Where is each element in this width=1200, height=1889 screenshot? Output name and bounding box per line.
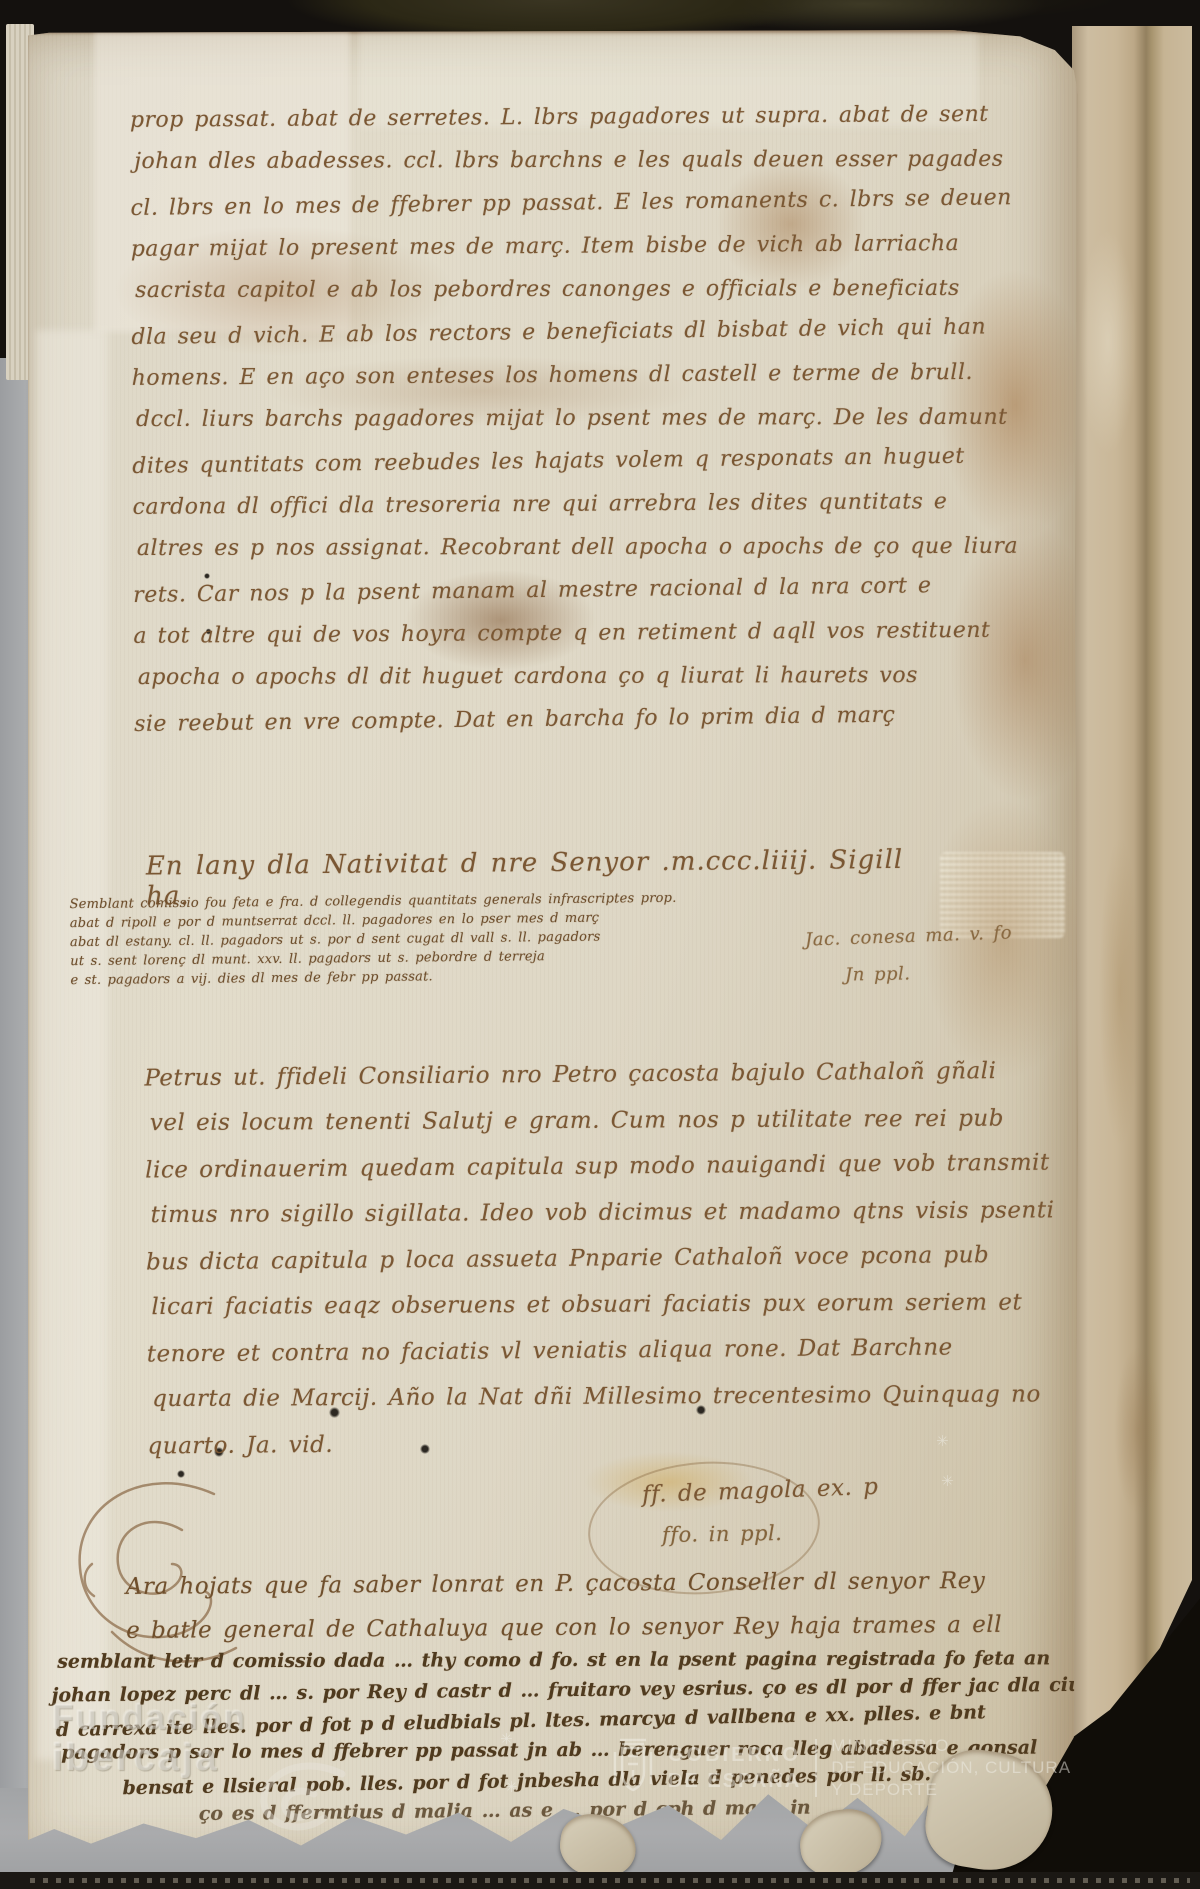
manuscript-text-line: vel eis locum tenenti Salutj e gram. Cum…: [150, 1096, 950, 1146]
fundacion-ibercaja-watermark: Fundación ibercaja: [52, 1700, 247, 1779]
manuscript-text-line: altres es p nos assignat. Recobrant dell…: [137, 525, 947, 570]
manuscript-text-line: Ara hojats que fa saber lonrat en P. çac…: [126, 1559, 966, 1609]
ministerio-wordmark: MINISTERIO DE EDUCACIÓN, CULTURA Y DEPOR…: [831, 1736, 1071, 1800]
manuscript-text-line: dites quntitats com reebudes les hajats …: [132, 435, 942, 488]
photo-edge-dashes: [30, 1878, 1190, 1883]
sparkle-mark: ✳: [941, 1472, 954, 1490]
gobierno-wordmark: GOBIERNO DE ESPAÑA: [668, 1744, 801, 1793]
proclamation-block: Ara hojats que fa saber lonrat en P. çac…: [126, 1559, 967, 1653]
manuscript-text-line: bus dicta capitula p loca assueta Pnpari…: [146, 1233, 946, 1286]
manuscript-text-line: quarto. Ja. vid.: [147, 1417, 947, 1470]
sparkle-mark: ✳: [936, 1432, 949, 1450]
chancery-mark-line: ffo. in ppl.: [662, 1521, 783, 1547]
manuscript-text-line: quarta die Marcij. Año la Nat dñi Milles…: [152, 1372, 952, 1422]
manuscript-text-line: tenore et contra no faciatis vl veniatis…: [147, 1325, 947, 1378]
manuscript-text-line: pagar mijat lo present mes de març. Item…: [131, 222, 941, 271]
educacion-cultura-line: DE EDUCACIÓN, CULTURA: [831, 1758, 1071, 1778]
manuscript-text-line: rets. Car nos p la psent manam al mestre…: [133, 564, 943, 617]
manuscript-text-line: prop passat. abat de serretes. L. lbrs p…: [130, 93, 940, 142]
manuscript-page: prop passat. abat de serretes. L. lbrs p…: [28, 30, 1078, 1862]
manuscript-text-line: johan dles abadesses. ccl. lbrs barchns …: [134, 138, 944, 183]
manuscript-text-line: dla seu d vich. E ab los rectors e benef…: [131, 306, 941, 359]
latin-letter-paragraph: Petrus ut. ffideli Consiliario nro Petro…: [144, 1049, 948, 1470]
fundacion-wordmark: Fundación: [52, 1700, 247, 1737]
main-catalan-paragraph: prop passat. abat de serretes. L. lbrs p…: [130, 93, 944, 744]
manuscript-text-line: timus nro sigillo sigillata. Ideo vob di…: [150, 1188, 950, 1238]
archival-manuscript-photo: prop passat. abat de serretes. L. lbrs p…: [0, 0, 1200, 1889]
spain-coat-of-arms-icon: [612, 1738, 654, 1799]
photo-edge-strip: [0, 1872, 1200, 1889]
sparkle-mark: ✳: [500, 1730, 513, 1748]
ibercaja-wordmark: ibercaja: [52, 1739, 247, 1779]
gobierno-line: GOBIERNO: [668, 1744, 801, 1767]
manuscript-text-line: dccl. liurs barchs pagadores mijat lo ps…: [136, 396, 946, 441]
manuscript-text-line: sie reebut en vre compte. Dat en barcha …: [134, 693, 944, 746]
manuscript-text-line: sacrista capitol e ab los pebordres cano…: [135, 267, 945, 312]
registry-note-block: Semblant comissio fou feta e fra. d coll…: [70, 889, 671, 990]
manuscript-text-line: apocha o apochs dl dit huguet cardona ço…: [138, 654, 948, 699]
sparkle-mark: ✳: [505, 1778, 518, 1796]
manuscript-text-line: lice ordinauerim quedam capitula sup mod…: [145, 1141, 945, 1194]
manuscript-text-line: homens. E en aço son enteses los homens …: [132, 351, 942, 400]
manuscript-text-line: cl. lbrs en lo mes de ffebrer pp passat.…: [130, 177, 940, 230]
manuscript-text-line: licari faciatis eaqz obseruens et obsuar…: [151, 1280, 951, 1330]
ministerio-line: MINISTERIO: [831, 1736, 1071, 1756]
de-espana-line: DE ESPAÑA: [668, 1770, 801, 1793]
adjacent-folio-edge: [1072, 26, 1192, 1782]
manuscript-text-line: a tot altre qui de vos hoyra compte q en…: [133, 609, 943, 658]
manuscript-text-line: cardona dl offici dla tresoreria nre qui…: [132, 480, 942, 529]
watermark-divider: [815, 1739, 817, 1797]
deporte-line: Y DEPORTE: [831, 1780, 1071, 1800]
government-watermark: GOBIERNO DE ESPAÑA MINISTERIO DE EDUCACI…: [612, 1736, 1071, 1800]
margin-note-line: Jn ppl.: [845, 963, 911, 985]
manuscript-text-line: Petrus ut. ffideli Consiliario nro Petro…: [144, 1049, 944, 1102]
